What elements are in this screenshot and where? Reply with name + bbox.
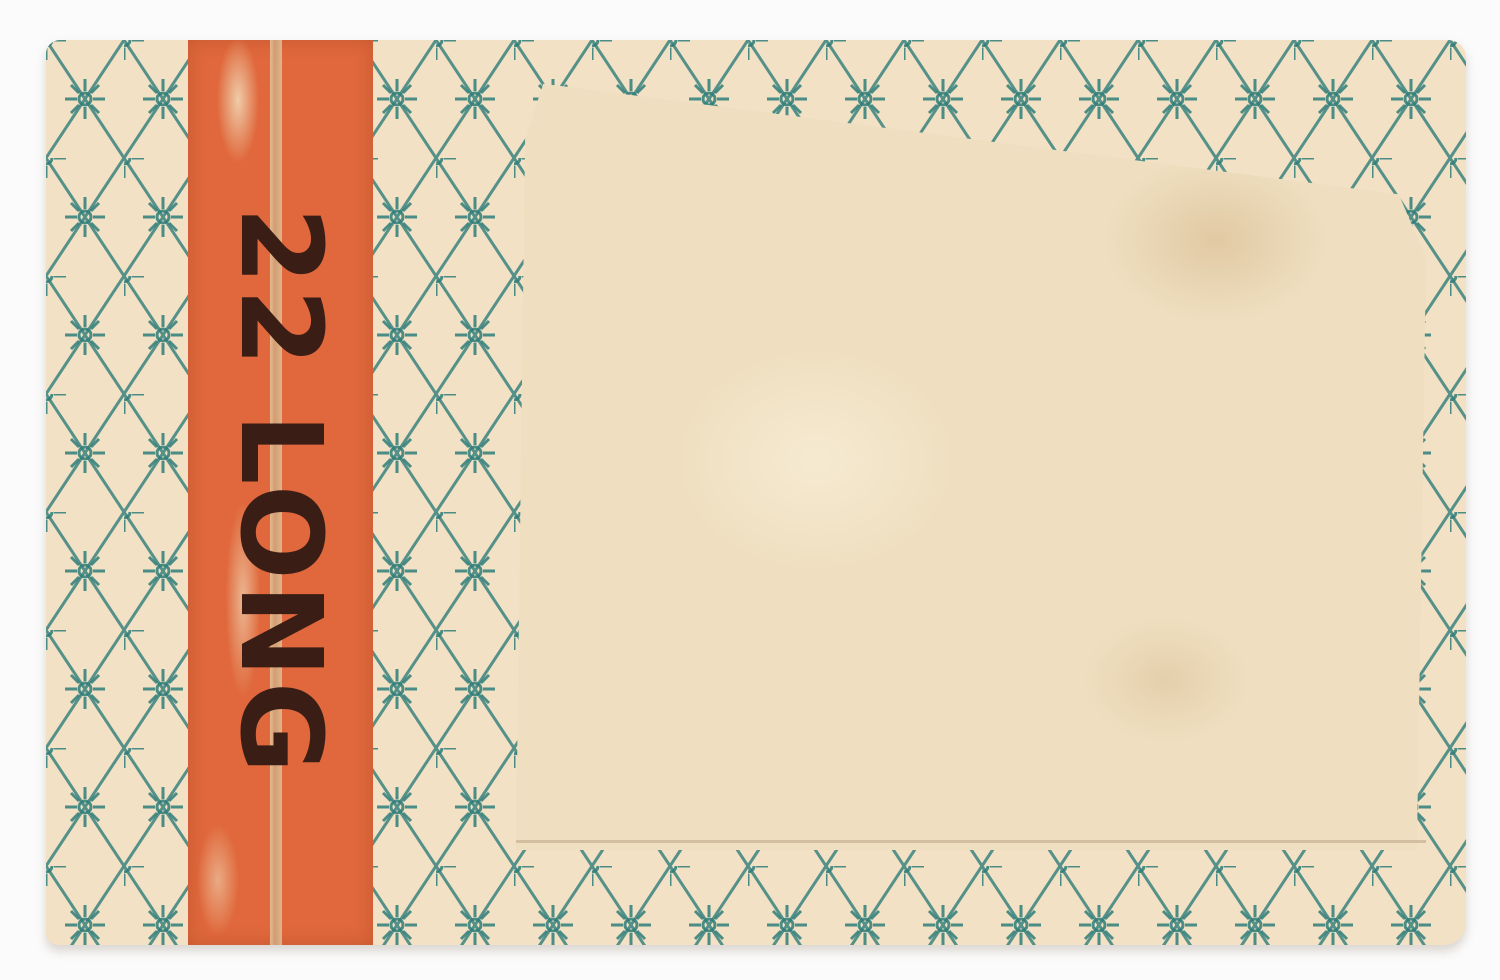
caliber-label: 22 LONG (224, 206, 336, 777)
photo: 22 LONG (0, 0, 1500, 980)
caliber-band: 22 LONG (188, 40, 373, 945)
ammunition-box: 22 LONG (46, 40, 1466, 945)
label-edge (516, 840, 1426, 843)
